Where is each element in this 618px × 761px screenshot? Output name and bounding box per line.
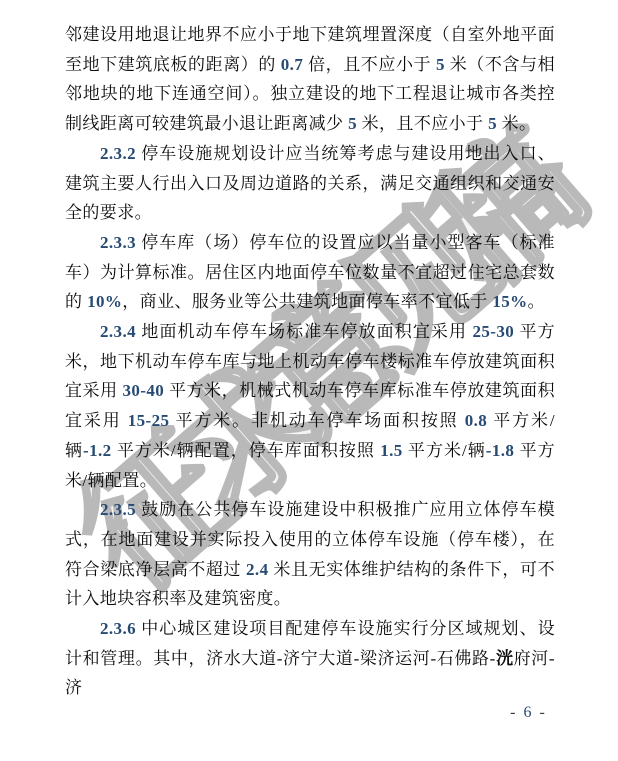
paragraph-continuation: 邻建设用地退让地界不应小于地下建筑埋置深度（自室外地平面至地下建筑底板的距离）的… xyxy=(65,20,555,139)
text-run: 2.3.4 xyxy=(100,322,136,341)
text-run: 5 xyxy=(488,114,497,133)
text-run: 30-40 xyxy=(122,381,164,400)
text-run: 15-25 xyxy=(128,411,170,430)
text-run: 2.3.6 xyxy=(100,619,136,638)
text-run: 中心城区建设项目配建停车设施实行分区域规划、设计和管理。其中，济水大道-济宁大道… xyxy=(65,619,555,668)
text-run: 0.8 xyxy=(465,411,487,430)
page-number-left-dash: - xyxy=(510,704,516,721)
text-run: 1.5 xyxy=(380,441,402,460)
text-run: -1.2 xyxy=(83,441,112,460)
text-run: 平方米/辆配置，停车库面积按照 xyxy=(112,441,381,460)
page-content: 邻建设用地退让地界不应小于地下建筑埋置深度（自室外地平面至地下建筑底板的距离）的… xyxy=(65,20,555,703)
text-run: 米，且不应小于 xyxy=(357,114,488,133)
text-run: 平方米。非机动车停车场面积按照 xyxy=(169,411,464,430)
text-run: 25-30 xyxy=(472,322,514,341)
text-run: 洸 xyxy=(496,649,514,668)
document-page: 征求意见稿 邻建设用地退让地界不应小于地下建筑埋置深度（自室外地平面至地下建筑底… xyxy=(0,0,618,761)
text-run: 2.4 xyxy=(246,560,268,579)
text-run: -1.8 xyxy=(486,441,515,460)
paragraph-2-3-3: 2.3.3 停车库（场）停车位的设置应以当量小型客车（标准车）为计算标准。居住区… xyxy=(65,228,555,317)
paragraph-2-3-4: 2.3.4 地面机动车停车场标准车停放面积宜采用 25-30 平方米，地下机动车… xyxy=(65,317,555,495)
page-number-right-dash: - xyxy=(540,704,546,721)
text-run: 15% xyxy=(492,292,527,311)
text-run: 5 xyxy=(436,55,445,74)
text-run: 2.3.3 xyxy=(100,233,136,252)
paragraph-2-3-5: 2.3.5 鼓励在公共停车设施建设中积极推广应用立体停车模式，在地面建设并实际投… xyxy=(65,495,555,614)
text-run: 平方米/辆 xyxy=(403,441,486,460)
text-run: 5 xyxy=(348,114,357,133)
text-run: 停车设施规划设计应当统筹考虑与建设用地出入口、建筑主要人行出入口及周边道路的关系… xyxy=(65,144,555,222)
text-run: 2.3.5 xyxy=(100,500,136,519)
text-run: ，商业、服务业等公共建筑地面停车率不宜低于 xyxy=(122,292,492,311)
text-run: 地面机动车停车场标准车停放面积宜采用 xyxy=(136,322,472,341)
page-number: -6- xyxy=(488,704,568,722)
page-number-value: 6 xyxy=(517,704,540,721)
text-run: 米。 xyxy=(497,114,536,133)
text-run: 10% xyxy=(87,292,122,311)
text-run: 0.7 xyxy=(281,55,303,74)
text-run: 2.3.2 xyxy=(100,144,136,163)
paragraph-2-3-2: 2.3.2 停车设施规划设计应当统筹考虑与建设用地出入口、建筑主要人行出入口及周… xyxy=(65,139,555,228)
text-run: 倍，且不应小于 xyxy=(303,55,436,74)
paragraph-2-3-6: 2.3.6 中心城区建设项目配建停车设施实行分区域规划、设计和管理。其中，济水大… xyxy=(65,614,555,703)
text-run: 。 xyxy=(528,292,545,311)
